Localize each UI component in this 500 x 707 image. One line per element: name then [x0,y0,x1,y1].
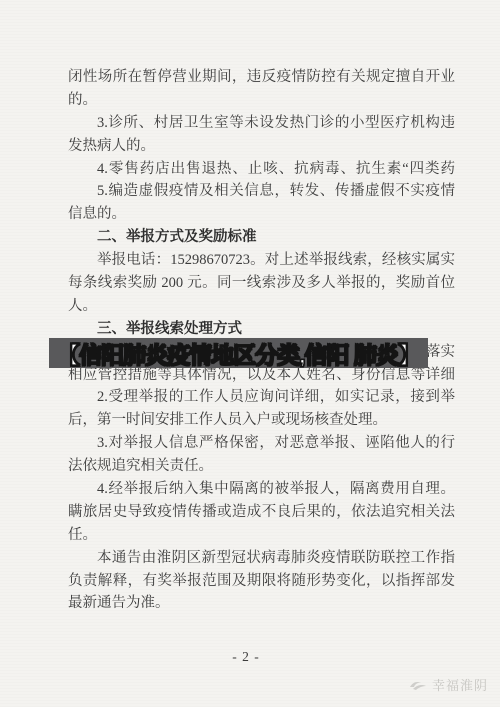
text-line: 2.受理举报的工作人员应询问详细，如实记录，接到举报线索 [68,386,455,409]
section-heading: 二、举报方式及奖励标准 [68,226,455,249]
headline-overlay-band: 【信阳肺炎疫情地区分类,信阳 肺炎】 [49,338,428,368]
text-line: 每条线索奖励 200 元。同一线索涉及多人举报的，奖励首位举报 [68,272,455,295]
text-line: 瞒旅居史导致疫情传播或造成不良后果的，依法追究相关法律责 [68,501,455,524]
page-number: - 2 - [0,649,492,665]
headline-overlay-text: 【信阳肺炎疫情地区分类,信阳 肺炎】 [57,337,420,370]
watermark-label: 幸福淮阴 [432,675,488,694]
watermark: 幸福淮阴 [408,675,488,694]
text-line: 4.零售药店出售退热、止咳、抗病毒、抗生素“四类药品”的。 [68,158,455,181]
text-line: 4.经举报后纳入集中隔离的被举报人，隔离费用自理。故意隐 [68,478,455,501]
text-line: 举报电话：15298670723。对上述举报线索，经核实属实的， [68,249,455,272]
text-line: 的。 [68,89,455,112]
document-page: 闭性场所在暂停营业期间，违反疫情防控有关规定擅自开业经营的。3.诊所、村居卫生室… [0,0,500,707]
text-line: 人。 [68,295,455,318]
text-line: 负责解释，有奖举报范围及期限将随形势变化，以指挥部发布的 [68,570,455,593]
text-line: 5.编造虚假疫情及相关信息，转发、传播虚假不实疫情及相关 [68,180,455,203]
text-line: 后，第一时间安排工作人员入户或现场核查处理。 [68,409,455,432]
text-line: 任。 [68,524,455,547]
text-line: 最新通告为准。 [68,592,455,615]
text-line: 3.对举报人信息严格保密，对恶意举报、诬陷他人的行为，依 [68,432,455,455]
text-line: 发热病人的。 [68,135,455,158]
text-line: 本通告由淮阴区新型冠状病毒肺炎疫情联防联控工作指挥部 [68,547,455,570]
text-line: 法依规追究相关责任。 [68,455,455,478]
swoosh-logo-icon [408,678,428,692]
text-line: 信息的。 [68,203,455,226]
text-line: 闭性场所在暂停营业期间，违反疫情防控有关规定擅自开业经营 [68,66,455,89]
text-line: 3.诊所、村居卫生室等未设发热门诊的小型医疗机构违规接诊 [68,112,455,135]
